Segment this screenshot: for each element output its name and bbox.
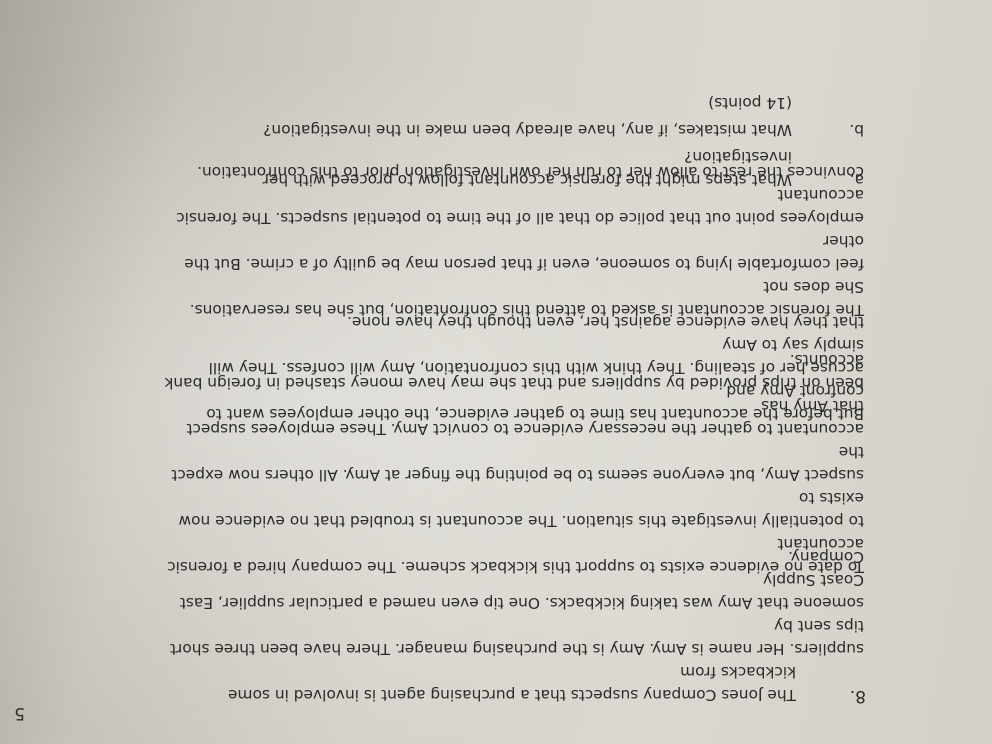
paragraph-confrontation: But before the accountant has time to ga… <box>164 310 864 425</box>
printed-page-rotated: 5 8. The Jones Company suspects that a p… <box>0 0 992 744</box>
sub-question-letter: a. <box>850 168 864 191</box>
sub-question-text: What steps might the forensic accountant… <box>263 148 792 189</box>
text-line: suppliers. Her name is Amy. Amy is the p… <box>164 614 864 660</box>
text-line: To date no evidence exists to support th… <box>164 532 864 578</box>
text-line: But before the accountant has time to ga… <box>164 379 864 425</box>
text-line: feel comfortable lying to someone, even … <box>164 229 864 275</box>
text-line: accuse her of stealing. They think with … <box>164 333 864 379</box>
sub-question-a: a. What steps might the forensic account… <box>164 145 864 191</box>
sub-question-b: b. What mistakes, if any, have already b… <box>164 118 864 141</box>
text-line: The forensic accountant is asked to atte… <box>164 275 864 321</box>
sub-question-letter: b. <box>849 118 864 141</box>
text-line: The Jones Company suspects that a purcha… <box>164 660 864 706</box>
points-label: (14 points) <box>164 91 864 114</box>
photographed-page: 5 8. The Jones Company suspects that a p… <box>0 0 992 744</box>
page-number: 5 <box>14 703 25 723</box>
sub-questions: a. What steps might the forensic account… <box>164 91 864 191</box>
text-line: suspect Amy, but everyone seems to be po… <box>164 440 864 486</box>
text-line: to potentially investigate this situatio… <box>164 486 864 532</box>
sub-question-text: What mistakes, if any, have already been… <box>263 121 792 139</box>
